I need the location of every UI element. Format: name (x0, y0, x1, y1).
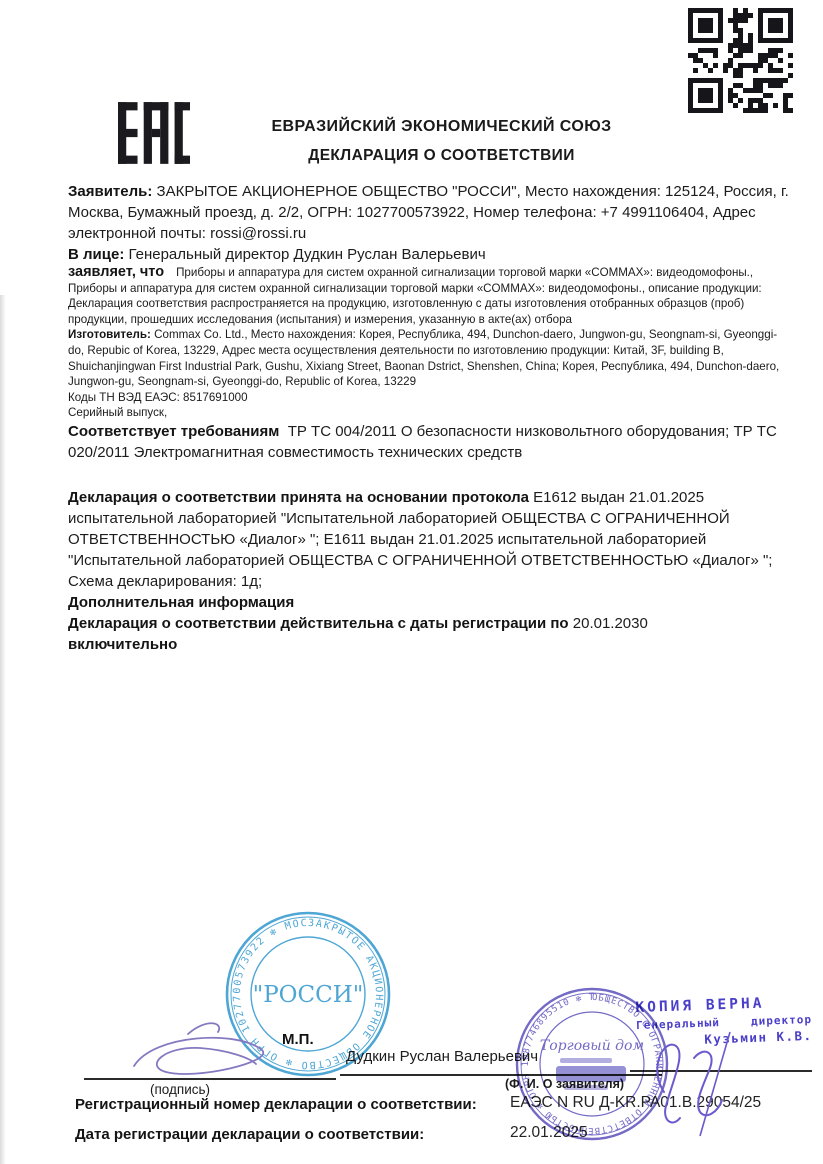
copy-verna-position-2: директор (751, 1013, 812, 1028)
td-stamp-logo-shape (556, 1058, 626, 1090)
scan-edge-artifact (0, 295, 6, 1164)
product-description: Приборы и аппаратура для систем охранной… (68, 266, 762, 326)
manufacturer-text: Commax Co. Ltd., Место нахождения: Корея… (68, 328, 779, 388)
document-header: ЕВРАЗИЙСКИЙ ЭКОНОМИЧЕСКИЙ СОЮЗ ДЕКЛАРАЦИ… (120, 118, 763, 165)
document-body: Заявитель: ЗАКРЫТОЕ АКЦИОНЕРНОЕ ОБЩЕСТВО… (68, 181, 792, 655)
mp-seal-label: М.П. (282, 1031, 314, 1048)
union-title: ЕВРАЗИЙСКИЙ ЭКОНОМИЧЕСКИЙ СОЮЗ (120, 118, 763, 136)
applicant-signature-scribble (126, 1016, 281, 1086)
basis-paragraph: Декларация о соответствии принята на осн… (68, 487, 792, 592)
manufacturer-label: Изготовитель: (68, 328, 151, 341)
registration-date-label: Дата регистрации декларации о соответств… (75, 1126, 424, 1143)
registration-number-label: Регистрационный номер декларации о соотв… (75, 1096, 477, 1113)
applicant-label: Заявитель: (68, 183, 152, 200)
representative-label: В лице: (68, 246, 124, 263)
validity-date: 20.01.2030 (573, 615, 648, 632)
applicant-text: ЗАКРЫТОЕ АКЦИОНЕРНОЕ ОБЩЕСТВО "РОССИ", М… (68, 183, 789, 242)
validity-paragraph: Декларация о соответствии действительна … (68, 613, 792, 655)
compliance-label: Соответствует требованиям (68, 423, 279, 440)
declares-label: заявляет, что (68, 264, 164, 280)
basis-label: Декларация о соответствии принята на осн… (68, 489, 529, 506)
compliance-paragraph: Соответствует требованиям ТР ТС 004/2011… (68, 421, 792, 463)
document-title: ДЕКЛАРАЦИЯ О СООТВЕТСТВИИ (120, 147, 763, 165)
declares-paragraph: заявляет, чтоПриборы и аппаратура для си… (68, 265, 792, 327)
director-signature-scribble (642, 1028, 747, 1140)
qr-code (688, 8, 793, 113)
manufacturer-paragraph: Изготовитель: Commax Co. Ltd., Место нах… (68, 327, 792, 389)
serial-line: Серийный выпуск, (68, 405, 792, 421)
declarant-name: Дудкин Руслан Валерьевич (346, 1048, 538, 1065)
applicant-paragraph: Заявитель: ЗАКРЫТОЕ АКЦИОНЕРНОЕ ОБЩЕСТВО… (68, 181, 792, 244)
declaration-document: ЕВРАЗИЙСКИЙ ЭКОНОМИЧЕСКИЙ СОЮЗ ДЕКЛАРАЦИ… (0, 0, 823, 1164)
additional-info-label: Дополнительная информация (68, 592, 792, 613)
validity-suffix: включительно (68, 636, 177, 653)
representative-text: Генеральный директор Дудкин Руслан Валер… (128, 246, 485, 263)
tnved-line: Коды ТН ВЭД ЕАЭС: 8517691000 (68, 390, 792, 406)
qr-code-modules (688, 8, 793, 113)
validity-label: Декларация о соответствии действительна … (68, 615, 569, 632)
rossi-stamp-center-text: "РОССИ" (253, 982, 364, 1008)
td-stamp-center-text: Торговый дом (540, 1038, 644, 1054)
representative-paragraph: В лице: Генеральный директор Дудкин Русл… (68, 244, 792, 265)
